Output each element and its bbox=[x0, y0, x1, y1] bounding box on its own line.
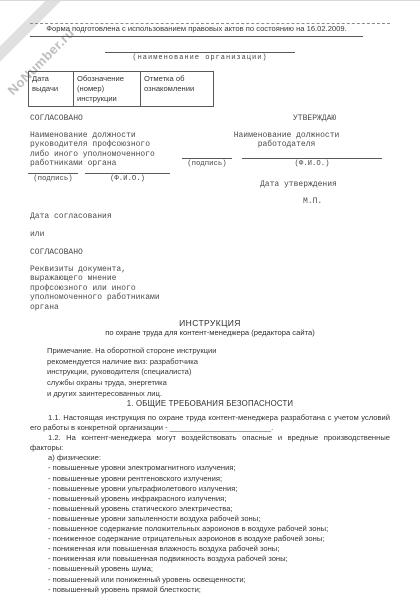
or-label: или bbox=[30, 230, 44, 239]
approve-label: УТВЕРЖДАЮ bbox=[293, 114, 336, 123]
factor-item: - пониженная или повышенная влажность во… bbox=[30, 544, 390, 554]
paragraph-1-2: 1.2. На контент-менеджера могут воздейст… bbox=[30, 433, 390, 453]
factors-intro: а) физические: bbox=[30, 453, 390, 463]
agreement-date-label: Дата согласования bbox=[30, 212, 112, 221]
agreed-label-2: СОГЛАСОВАНО bbox=[30, 248, 83, 257]
approve-position: Наименование должности работодателя bbox=[233, 131, 340, 150]
factor-item: - повышенный уровень статического электр… bbox=[30, 504, 390, 514]
organization-caption: (наименование организации) bbox=[105, 53, 295, 62]
form-note: Форма подготовлена с использованием прав… bbox=[30, 24, 363, 37]
col-acknowledgement: Отметка об ознакомлении bbox=[141, 72, 214, 107]
factor-item: - повышенный уровень инфракрасного излуч… bbox=[30, 494, 390, 504]
factor-item: - повышенный уровень прямой блесткости; bbox=[30, 585, 390, 595]
section-1-heading: 1. ОБЩИЕ ТРЕБОВАНИЯ БЕЗОПАСНОСТИ bbox=[0, 399, 420, 408]
table-header-row: Дата выдачи Обозначение (номер) инструкц… bbox=[29, 72, 214, 107]
factor-item: - повышенные уровни электромагнитного из… bbox=[30, 463, 390, 473]
col-instruction-number: Обозначение (номер) инструкции bbox=[74, 72, 141, 107]
document-title: ИНСТРУКЦИЯ bbox=[0, 318, 420, 328]
factor-item: - повышенные уровни ультрафиолетового из… bbox=[30, 484, 390, 494]
factor-item: - пониженная или повышенная подвижность … bbox=[30, 554, 390, 564]
right-name-label: (Ф.И.О.) bbox=[242, 160, 382, 168]
right-name-line bbox=[242, 158, 382, 159]
factor-item: - повышенные уровни рентгеновского излуч… bbox=[30, 474, 390, 484]
factors-list: - повышенные уровни электромагнитного из… bbox=[30, 463, 390, 594]
approval-date-label: Дата утверждения bbox=[260, 180, 337, 189]
note-block: Примечание. На оборотной стороне инструк… bbox=[47, 346, 377, 400]
left-name-label: (Ф.И.О.) bbox=[85, 175, 170, 183]
agreed-label: СОГЛАСОВАНО bbox=[30, 114, 83, 123]
factor-item: - повышенные уровни запыленности воздуха… bbox=[30, 514, 390, 524]
factor-item: - пониженное содержание отрицательных аэ… bbox=[30, 534, 390, 544]
factor-item: - повышенный уровень шума; bbox=[30, 564, 390, 574]
document-subtitle: по охране труда для контент-менеджера (р… bbox=[0, 328, 420, 337]
issue-table: Дата выдачи Обозначение (номер) инструкц… bbox=[28, 71, 214, 107]
paragraph-1-1: 1.1. Настоящая инструкция по охране труд… bbox=[30, 413, 390, 433]
right-signature-label: (подпись) bbox=[182, 160, 232, 168]
factor-item: - повышенный или пониженный уровень осве… bbox=[30, 575, 390, 585]
col-issue-date: Дата выдачи bbox=[29, 72, 74, 107]
right-signature-line bbox=[182, 158, 232, 159]
agreed-position: Наименование должности руководителя проф… bbox=[30, 131, 155, 169]
left-name-line bbox=[85, 173, 170, 174]
organization-line: (наименование организации) bbox=[105, 52, 295, 62]
document-page: NoNumber.ru Форма подготовлена с использ… bbox=[0, 0, 420, 601]
section-1-body: 1.1. Настоящая инструкция по охране труд… bbox=[30, 413, 390, 595]
stamp-label: М.П. bbox=[303, 197, 322, 206]
requisites-block: Реквизиты документа, выражающего мнение … bbox=[30, 265, 160, 312]
left-signature-label: (подпись) bbox=[28, 175, 78, 183]
factor-item: - повышенное содержание положительных аэ… bbox=[30, 524, 390, 534]
left-signature-line bbox=[28, 173, 78, 174]
